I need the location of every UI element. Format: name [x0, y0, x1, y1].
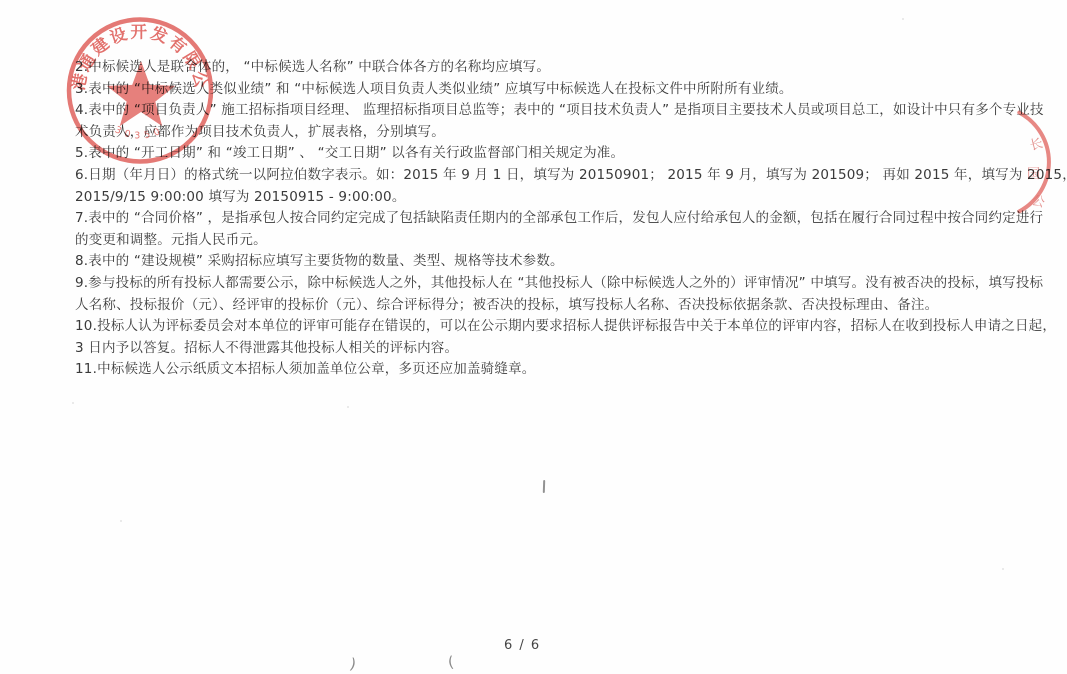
scan-speck — [902, 18, 904, 20]
note-line: 9.参与投标的所有投标人都需要公示，除中标候选人之外，其他投标人在 “其他投标人… — [75, 273, 1000, 295]
note-line: 3 日内予以答复。招标人不得泄露其他投标人相关的评标内容。 — [75, 338, 1000, 360]
note-line: 7.表中的 “合同价格” ，是指承包人按合同约定完成了包括缺陷责任期内的全部承包… — [75, 208, 1000, 230]
note-line: 2015/9/15 9:00:00 填写为 20150915 - 9:00:00… — [75, 187, 1000, 209]
edge-seal-arc — [1019, 113, 1049, 212]
note-line: 4.表中的 “项目负责人” 施工招标指项目经理、 监理招标指项目总监等；表中的 … — [75, 100, 1000, 122]
scan-artifact-tick — [543, 480, 545, 493]
note-line: 的变更和调整。元指人民币元。 — [75, 230, 1000, 252]
scanned-document-page: 2.中标候选人是联合体的， “中标候选人名称” 中联合体各方的名称均应填写。 3… — [0, 0, 1067, 674]
note-line: 6.日期（年月日）的格式统一以阿拉伯数字表示。如：2015 年 9 月 1 日，… — [75, 165, 1000, 187]
page-number: 6 / 6 — [504, 638, 541, 653]
scan-speck — [72, 402, 74, 404]
scan-speck — [1002, 568, 1004, 570]
note-line: 2.中标候选人是联合体的， “中标候选人名称” 中联合体各方的名称均应填写。 — [75, 57, 1000, 79]
notes-list: 2.中标候选人是联合体的， “中标候选人名称” 中联合体各方的名称均应填写。 3… — [75, 57, 1000, 381]
note-line: 10.投标人认为评标委员会对本单位的评审可能存在错误的，可以在公示期内要求招标人… — [75, 316, 1000, 338]
edge-seal-char: 公 — [1030, 193, 1046, 211]
edge-seal-char: 长 — [1028, 136, 1044, 154]
scan-artifact-mark: ) — [348, 655, 357, 674]
note-line: 人名称、投标报价（元）、经评审的投标价（元）、综合评标得分；被否决的投标，填写投… — [75, 295, 1000, 317]
note-line: 5.表中的 “开工日期” 和 “竣工日期” 、 “交工日期” 以各有关行政监督部… — [75, 143, 1000, 165]
note-line: 3.表中的 “中标候选人类似业绩” 和 “中标候选人项目负责人类似业绩” 应填写… — [75, 79, 1000, 101]
scan-artifact-mark: ( — [447, 653, 455, 672]
scan-speck — [120, 520, 122, 522]
note-line: 8.表中的 “建设规模” 采购招标应填写主要货物的数量、类型、规格等技术参数。 — [75, 251, 1000, 273]
note-line: 11.中标候选人公示纸质文本招标人须加盖单位公章，多页还应加盖骑缝章。 — [75, 359, 1000, 381]
scan-speck — [347, 406, 349, 408]
note-line: 术负责人，应都作为项目技术负责人，扩展表格，分别填写。 — [75, 122, 1000, 144]
